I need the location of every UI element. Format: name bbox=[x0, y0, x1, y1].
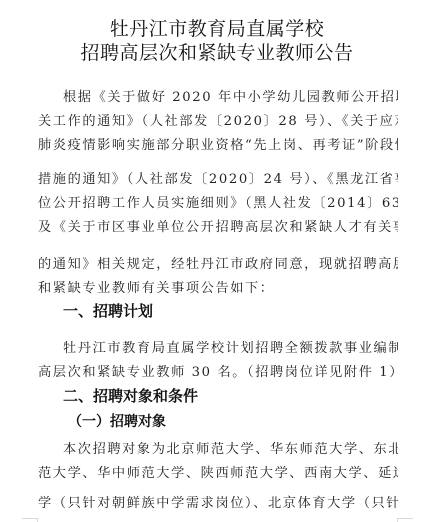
intro-paragraph-line: 根据《关于做好 2020 年中小学幼儿园教师公开招聘有 bbox=[63, 86, 398, 105]
section-heading-recruitment-plan: 一、招聘计划 bbox=[63, 300, 153, 321]
section-heading-recruitment-targets: 二、招聘对象和条件 bbox=[63, 385, 198, 406]
intro-paragraph-line: 肺炎疫情影响实施部分职业资格“先上岗、再考证”阶段性 bbox=[38, 134, 398, 153]
intro-paragraph-line: 位公开招聘工作人员实施细则》（黑人社发〔2014〕63 号） bbox=[38, 192, 398, 211]
intro-paragraph-line: 措施的通知》（人社部发〔2020〕24 号）、《黑龙江省事业单 bbox=[38, 168, 398, 187]
subsection-paragraph-line: 本次招聘对象为北京师范大学、华东师范大学、东北师 bbox=[63, 438, 398, 457]
document-page: 牡丹江市教育局直属学校 招聘高层次和紧缺专业教师公告 根据《关于做好 2020 … bbox=[0, 0, 434, 522]
intro-paragraph-line: 的通知》相关规定，经牡丹江市政府同意，现就招聘高层次 bbox=[38, 253, 398, 272]
subsection-paragraph-line: 学（只针对朝鲜族中学需求岗位）、北京体育大学（只针对 bbox=[38, 492, 398, 511]
subsection-heading-targets: （一）招聘对象 bbox=[68, 411, 166, 431]
document-title-line-2: 招聘高层次和紧缺专业教师公告 bbox=[0, 38, 434, 65]
page-corner-mark-left bbox=[22, 518, 38, 522]
subsection-paragraph-line: 范大学、华中师范大学、陕西师范大学、西南大学、延边大 bbox=[38, 462, 398, 481]
intro-paragraph-line: 和紧缺专业教师有关事项公告如下： bbox=[38, 277, 398, 296]
section1-paragraph-line: 高层次和紧缺专业教师 30 名。（招聘岗位详见附件 1） bbox=[38, 361, 398, 380]
intro-paragraph-line: 关工作的通知》（人社部发〔2020〕28 号）、《关于应对新冠 bbox=[38, 110, 398, 129]
intro-paragraph-line: 及《关于市区事业单位公开招聘高层次和紧缺人才有关事宜 bbox=[38, 216, 398, 235]
document-title-line-1: 牡丹江市教育局直属学校 bbox=[0, 14, 434, 41]
page-corner-mark-right bbox=[397, 518, 413, 522]
section1-paragraph-line: 牡丹江市教育局直属学校计划招聘全额拨款事业编制 bbox=[63, 337, 398, 356]
